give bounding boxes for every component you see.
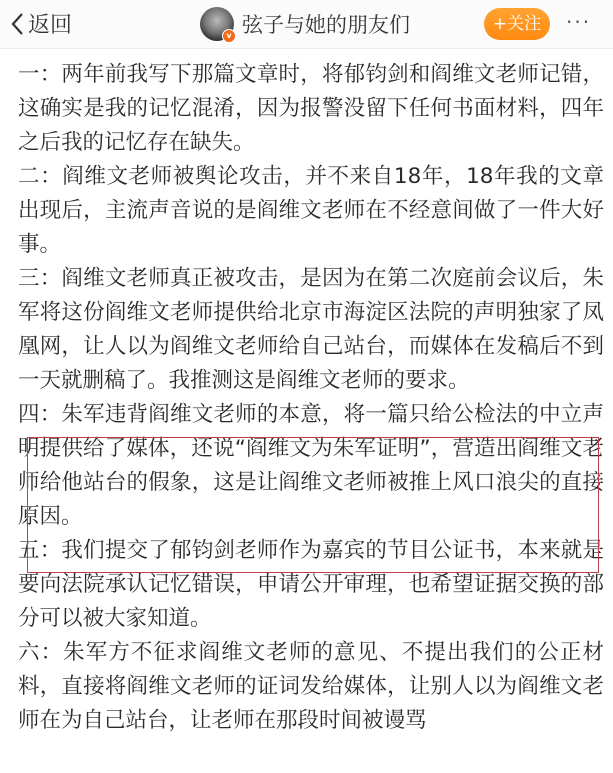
article-body: 一：两年前我写下那篇文章时，将郁钧剑和阎维文老师记错，这确实是我的记忆混淆，因为… <box>18 58 604 738</box>
paragraph-1: 一：两年前我写下那篇文章时，将郁钧剑和阎维文老师记错，这确实是我的记忆混淆，因为… <box>18 58 604 160</box>
top-nav-bar: 返回 v 弦子与她的朋友们 +关注 ··· <box>0 0 613 49</box>
avatar[interactable]: v <box>200 7 234 41</box>
paragraph-3: 三：阎维文老师真正被攻击，是因为在第二次庭前会议后，朱军将这份阎维文老师提供给北… <box>18 262 604 398</box>
follow-button[interactable]: +关注 <box>484 8 550 40</box>
paragraph-6: 六：朱军方不征求阎维文老师的意见、不提出我们的公正材料，直接将阎维文老师的证词发… <box>18 636 604 738</box>
author-info[interactable]: v 弦子与她的朋友们 <box>200 7 410 41</box>
more-options-icon[interactable]: ··· <box>566 10 591 34</box>
paragraph-5: 五：我们提交了郁钧剑老师作为嘉宾的节目公证书，本来就是要向法院承认记忆错误，申请… <box>18 534 604 636</box>
back-button[interactable]: 返回 <box>10 8 72 39</box>
back-label: 返回 <box>28 8 72 39</box>
chevron-left-icon <box>10 12 26 36</box>
verified-badge-icon: v <box>222 29 236 43</box>
paragraph-2: 二：阎维文老师被舆论攻击，并不来自18年，18年我的文章出现后，主流声音说的是阎… <box>18 160 604 262</box>
author-name[interactable]: 弦子与她的朋友们 <box>242 9 410 39</box>
paragraph-4: 四：朱军违背阎维文老师的本意，将一篇只给公检法的中立声明提供给了媒体，还说“阎维… <box>18 398 604 534</box>
